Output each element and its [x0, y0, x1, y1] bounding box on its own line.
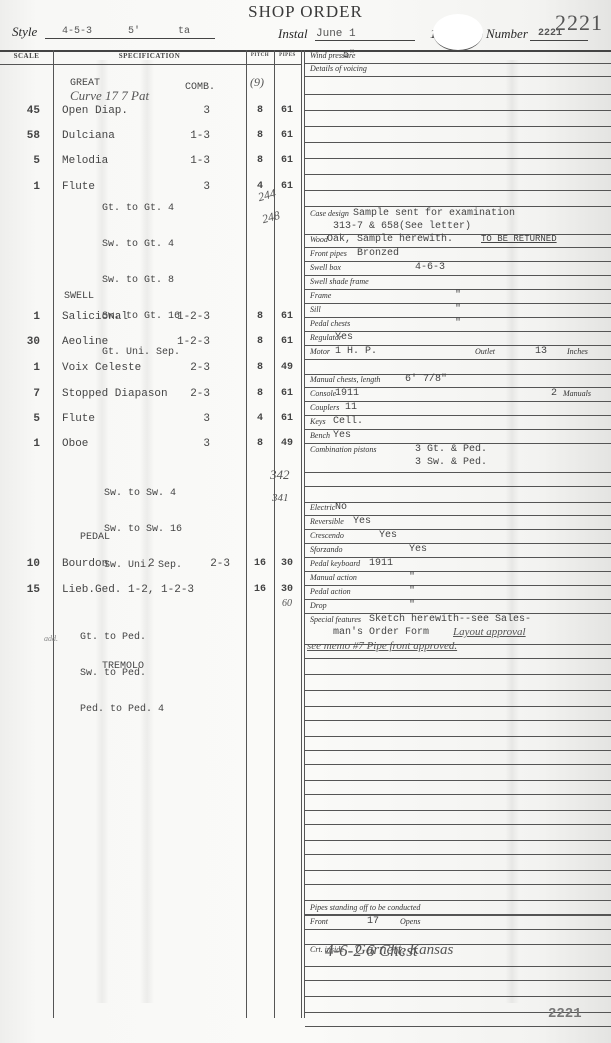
- blank-ruled-line: [305, 360, 611, 375]
- stop-comb: 1-2-3: [150, 311, 210, 323]
- detail-value: Oak, Sample herewith.: [327, 234, 453, 245]
- blank-ruled-line: [305, 870, 611, 885]
- stop-pitch: 8: [249, 311, 271, 322]
- blank-ruled-line: [305, 676, 611, 691]
- blank-ruled-line: [305, 796, 611, 811]
- style-value: 4-5-3: [62, 26, 92, 37]
- detail-value: Yes: [333, 430, 351, 441]
- stop-pipes: 30: [274, 584, 300, 595]
- stop-pipes: 61: [274, 388, 300, 399]
- detail-value: Sample sent for examination: [353, 208, 515, 219]
- blank-ruled-line: [305, 722, 611, 737]
- detail-label: Pedal keyboard: [310, 559, 360, 568]
- great-handwritten-note: Curve 17 7 Pat: [70, 88, 149, 104]
- detail-value: Yes: [353, 516, 371, 527]
- stop-name: Flute: [62, 413, 95, 425]
- detail-value: 17: [367, 916, 379, 927]
- blank-ruled-line: [305, 472, 611, 487]
- detail-row-manual-chests: Manual chests, length6' 7/8": [305, 374, 611, 388]
- stop-scale: 7: [0, 388, 40, 400]
- detail-label: Swell box: [310, 263, 341, 272]
- detail-row-regulator: RegulatorYes: [305, 332, 611, 346]
- detail-row-electric: ElectricNo: [305, 502, 611, 516]
- detail-label: Special features: [310, 615, 361, 624]
- blank-ruled-line: [305, 810, 611, 825]
- stop-pipes: 61: [274, 130, 300, 141]
- blank-ruled-line: [305, 192, 611, 207]
- detail-row-frame: Frame": [305, 290, 611, 304]
- detail-row-manual-action: Manual action": [305, 572, 611, 586]
- stop-scale: 5: [0, 413, 40, 425]
- detail-row-pipes-standing-off: Pipes standing off to be conducted: [305, 902, 611, 916]
- great-couplers: Gt. to Gt. 4 Sw. to Gt. 4 Sw. to Gt. 8 S…: [102, 179, 180, 383]
- detail-label: Frame: [310, 291, 331, 300]
- detail-value: 11: [345, 402, 357, 413]
- detail-row-drop: Drop": [305, 600, 611, 614]
- stop-pipes: 61: [274, 181, 300, 192]
- col-divider: [53, 50, 54, 1018]
- stop-pipes: 61: [274, 413, 300, 424]
- inches-label: Inches: [567, 347, 588, 356]
- detail-label: Manual chests, length: [310, 375, 380, 384]
- stop-comb: 2-3: [150, 362, 210, 374]
- blank-ruled-line: [305, 780, 611, 795]
- style-field: Style: [12, 24, 37, 46]
- number-field: Number: [486, 26, 528, 48]
- shop-order-page: SHOP ORDER 2221 Style 4-5-3 5' ta Instal…: [0, 0, 611, 1043]
- detail-value: Bronzed: [357, 248, 399, 259]
- detail-value: 1911: [369, 558, 393, 569]
- stop-pitch: 8: [249, 336, 271, 347]
- number-label: Number: [486, 26, 528, 41]
- detail-value: Sketch herewith--see Sales-: [369, 614, 531, 625]
- stop-comb: 1-2-3: [150, 336, 210, 348]
- detail-label: Crescendo: [310, 531, 344, 540]
- detail-row-case-design: Case designSample sent for examination31…: [305, 208, 611, 235]
- stop-pipes: 61: [274, 105, 300, 116]
- blank-ruled-line: [305, 160, 611, 175]
- detail-label: Case design: [310, 209, 349, 218]
- stop-extra: 2: [148, 558, 155, 570]
- detail-label: Front pipes: [310, 249, 347, 258]
- blank-ruled-line: [305, 96, 611, 111]
- detail-row-combination-pistons: Combination pistons3 Gt. & Ped.3 Sw. & P…: [305, 444, 611, 473]
- detail-label: Reversible: [310, 517, 344, 526]
- blank-ruled-line: [305, 886, 611, 901]
- detail-value: 3 Gt. & Ped.: [415, 444, 487, 455]
- detail-row-couplers: Couplers11: [305, 402, 611, 416]
- detail-label: Combination pistons: [310, 445, 376, 454]
- detail-value: Yes: [409, 544, 427, 555]
- detail-label: Electric: [310, 503, 335, 512]
- blank-ruled-line: [305, 692, 611, 707]
- coupler-item: Sw. to Sw. 16: [104, 524, 182, 536]
- detail-value: ": [455, 304, 461, 315]
- detail-row-wind-pressure: Wind pressure5": [305, 50, 611, 64]
- detail-row-special-features: Special featuresSketch herewith--see Sal…: [305, 614, 611, 645]
- coupler-item: Gt. Uni. Sep.: [102, 347, 180, 359]
- detail-label: Front: [310, 917, 328, 926]
- swell-heading: SWELL: [64, 291, 94, 302]
- detail-row-pedal-keyboard: Pedal keyboard1911: [305, 558, 611, 572]
- style-extra-2: ta: [178, 26, 190, 37]
- detail-value: Yes: [379, 530, 397, 541]
- detail-label: Manual action: [310, 573, 357, 582]
- great-pitch-note: (9): [250, 75, 264, 90]
- blank-ruled-line: [305, 488, 611, 503]
- detail-row-front: Front17Opens: [305, 916, 611, 930]
- instal-value: June 1: [316, 28, 356, 40]
- instal-underline: [315, 40, 415, 41]
- coupler-item: Sw. to Gt. 4: [102, 239, 180, 251]
- detail-value-line2: 3 Sw. & Ped.: [415, 457, 487, 468]
- blank-ruled-line: [305, 80, 611, 95]
- outlet-value: 13: [535, 346, 547, 357]
- stop-comb: 3: [150, 105, 210, 117]
- col-divider: [301, 50, 302, 1018]
- detail-value: 4-6-3: [415, 262, 445, 273]
- pedal-tally: 60: [282, 598, 292, 609]
- detail-value: No: [335, 502, 347, 513]
- stop-scale: 45: [0, 105, 40, 117]
- stop-comb: 3: [150, 413, 210, 425]
- stop-scale: 1: [0, 438, 40, 450]
- pedal-couplers: Gt. to Ped. Sw. to Ped. Ped. to Ped. 4: [80, 608, 164, 740]
- detail-value: Cell.: [333, 416, 363, 427]
- col-pitch-header: PITCH: [246, 53, 274, 58]
- stop-name: Lieb.Ged. 1-2, 1-2-3: [62, 584, 194, 596]
- detail-value: ": [455, 290, 461, 301]
- detail-row-front-pipes: Front pipesBronzed: [305, 248, 611, 262]
- detail-label: Wood: [310, 235, 328, 244]
- footer-number: 2221: [548, 1006, 582, 1022]
- order-number-large: 2221: [555, 10, 603, 36]
- outlet-label: Outlet: [475, 347, 495, 356]
- detail-row-voicing: Details of voicing: [305, 63, 611, 77]
- col-divider: [246, 50, 247, 1018]
- detail-label: Couplers: [310, 403, 339, 412]
- stop-name: Open Diap.: [62, 105, 128, 117]
- detail-row-sill: Sill": [305, 304, 611, 318]
- detail-row-pedal-chests: Pedal chests": [305, 318, 611, 332]
- punch-hole: [433, 14, 483, 51]
- stop-name: Dulciana: [62, 130, 115, 142]
- stop-pitch: 8: [249, 130, 271, 141]
- detail-label: Pipes standing off to be conducted: [310, 903, 420, 912]
- stop-scale: 5: [0, 155, 40, 167]
- detail-value: ": [455, 318, 461, 329]
- detail-label: Sill: [310, 305, 321, 314]
- detail-row-pedal-action: Pedal action": [305, 586, 611, 600]
- blank-ruled-line: [305, 840, 611, 855]
- detail-row-motor: Motor1 H. P.Outlet13Inches: [305, 346, 611, 360]
- stop-pipes: 61: [274, 155, 300, 166]
- stop-pitch: 16: [249, 584, 271, 595]
- detail-label: Swell shade frame: [310, 277, 369, 286]
- instal-field: Instal: [278, 26, 308, 48]
- detail-label: Drop: [310, 601, 327, 610]
- great-comb-heading: COMB.: [185, 82, 215, 93]
- blank-ruled-line: [305, 176, 611, 191]
- stop-comb: 2-3: [170, 558, 230, 570]
- stop-name: Flute: [62, 181, 95, 193]
- blank-ruled-line: [305, 856, 611, 871]
- opens-label: Opens: [400, 917, 420, 926]
- stop-name: Bourdon: [62, 558, 108, 570]
- stop-pitch: 8: [249, 155, 271, 166]
- manuals-value: 2: [551, 388, 557, 399]
- document-title: SHOP ORDER: [0, 2, 611, 22]
- special-handwritten-1: Layout approval: [453, 626, 526, 638]
- detail-value: 1 H. P.: [335, 346, 377, 357]
- detail-row-swell-shade-frame: Swell shade frame: [305, 276, 611, 290]
- detail-value: 1911: [335, 388, 359, 399]
- blank-ruled-line: [305, 660, 611, 675]
- stop-comb: 1-3: [150, 130, 210, 142]
- stop-pipes: 61: [274, 311, 300, 322]
- detail-label: Sforzando: [310, 545, 342, 554]
- stop-comb: 3: [150, 438, 210, 450]
- pedal-coupler-margin-note: add.: [44, 634, 58, 643]
- stop-scale: 15: [0, 584, 40, 596]
- col-pipes-header: PIPES: [274, 53, 301, 58]
- detail-row-keys: KeysCell.: [305, 416, 611, 430]
- detail-label: Details of voicing: [310, 64, 367, 73]
- stop-pitch: 8: [249, 105, 271, 116]
- blank-ruled-line: [305, 112, 611, 127]
- detail-row-bench: BenchYes: [305, 430, 611, 444]
- stop-comb: 1-3: [150, 155, 210, 167]
- blank-ruled-line: [305, 736, 611, 751]
- detail-value-line2: 313-7 & 658(See letter): [333, 221, 471, 232]
- coupler-item: Sw. to Gt. 8: [102, 275, 180, 287]
- detail-value: ": [409, 600, 415, 611]
- detail-value: 6' 7/8": [405, 374, 447, 385]
- swell-tally-2: 341: [272, 492, 289, 504]
- instal-label: Instal: [278, 26, 308, 41]
- col-spec-header: SPECIFICATION: [53, 52, 246, 60]
- detail-label: Bench: [310, 431, 330, 440]
- swell-tally-1: 342: [270, 467, 290, 483]
- detail-row-console: Console19112Manuals: [305, 388, 611, 402]
- style-label: Style: [12, 24, 37, 39]
- blank-ruled-line: [305, 144, 611, 159]
- handwritten-bottom-note: 4-6-2 6 Chest: [325, 941, 418, 961]
- detail-value: 5": [343, 50, 355, 61]
- detail-value: Yes: [335, 332, 353, 343]
- col-scale-header: SCALE: [0, 52, 53, 60]
- stop-pitch: 4: [249, 413, 271, 424]
- special-value-line2: man's Order Form: [333, 627, 429, 638]
- detail-row-swell-box: Swell box4-6-3: [305, 262, 611, 276]
- blank-ruled-line: [305, 750, 611, 765]
- stop-pipes: 49: [274, 438, 300, 449]
- detail-value-emphasis: TO BE RETURNED: [481, 234, 557, 244]
- detail-row-sforzando: SforzandoYes: [305, 544, 611, 558]
- coupler-item: Gt. to Ped.: [80, 632, 164, 644]
- detail-label: Pedal action: [310, 587, 351, 596]
- stop-pitch: 8: [249, 388, 271, 399]
- pedal-heading: PEDAL: [80, 532, 110, 543]
- stop-name: Melodia: [62, 155, 108, 167]
- blank-ruled-line: [305, 966, 611, 981]
- detail-label: Keys: [310, 417, 326, 426]
- blank-ruled-line: [305, 128, 611, 143]
- number-underline: [530, 40, 588, 41]
- stop-scale: 1: [0, 181, 40, 193]
- detail-label: Motor: [310, 347, 330, 356]
- stop-name: Salicional: [62, 311, 128, 323]
- blank-ruled-line: [305, 826, 611, 841]
- blank-ruled-line: [305, 706, 611, 721]
- blank-ruled-line: [305, 644, 611, 659]
- style-extra-1: 5': [128, 26, 140, 37]
- stop-name: Oboe: [62, 438, 88, 450]
- coupler-item: Ped. to Ped. 4: [80, 704, 164, 716]
- stop-scale: 1: [0, 362, 40, 374]
- coupler-item: Sw. to Sw. 4: [104, 488, 182, 500]
- style-underline: [45, 38, 215, 39]
- stop-pitch: 16: [249, 558, 271, 569]
- manuals-label: Manuals: [563, 389, 591, 398]
- blank-ruled-line: [305, 766, 611, 781]
- blank-ruled-line: [305, 982, 611, 997]
- stop-comb: 2-3: [150, 388, 210, 400]
- detail-row-crescendo: CrescendoYes: [305, 530, 611, 544]
- stop-pipes: 61: [274, 336, 300, 347]
- stop-scale: 10: [0, 558, 40, 570]
- stop-pipes: 49: [274, 362, 300, 373]
- stop-name: Aeoline: [62, 336, 108, 348]
- tremolo: TREMOLO: [102, 661, 144, 672]
- detail-value: ": [409, 572, 415, 583]
- stop-pipes: 30: [274, 558, 300, 569]
- stop-scale: 58: [0, 130, 40, 142]
- swell-couplers: Sw. to Sw. 4 Sw. to Sw. 16 Sw. Uni. Sep.: [104, 464, 182, 596]
- stop-pitch: 8: [249, 438, 271, 449]
- detail-row-reversible: ReversibleYes: [305, 516, 611, 530]
- number-value: 2221: [538, 28, 562, 39]
- detail-row-wood: WoodOak, Sample herewith.TO BE RETURNED: [305, 234, 611, 248]
- stop-scale: 30: [0, 336, 40, 348]
- coupler-item: Gt. to Gt. 4: [102, 203, 180, 215]
- stop-scale: 1: [0, 311, 40, 323]
- stop-pitch: 8: [249, 362, 271, 373]
- stop-name: Voix Celeste: [62, 362, 141, 374]
- detail-value: ": [409, 586, 415, 597]
- detail-label: Console: [310, 389, 336, 398]
- detail-label: Pedal chests: [310, 319, 350, 328]
